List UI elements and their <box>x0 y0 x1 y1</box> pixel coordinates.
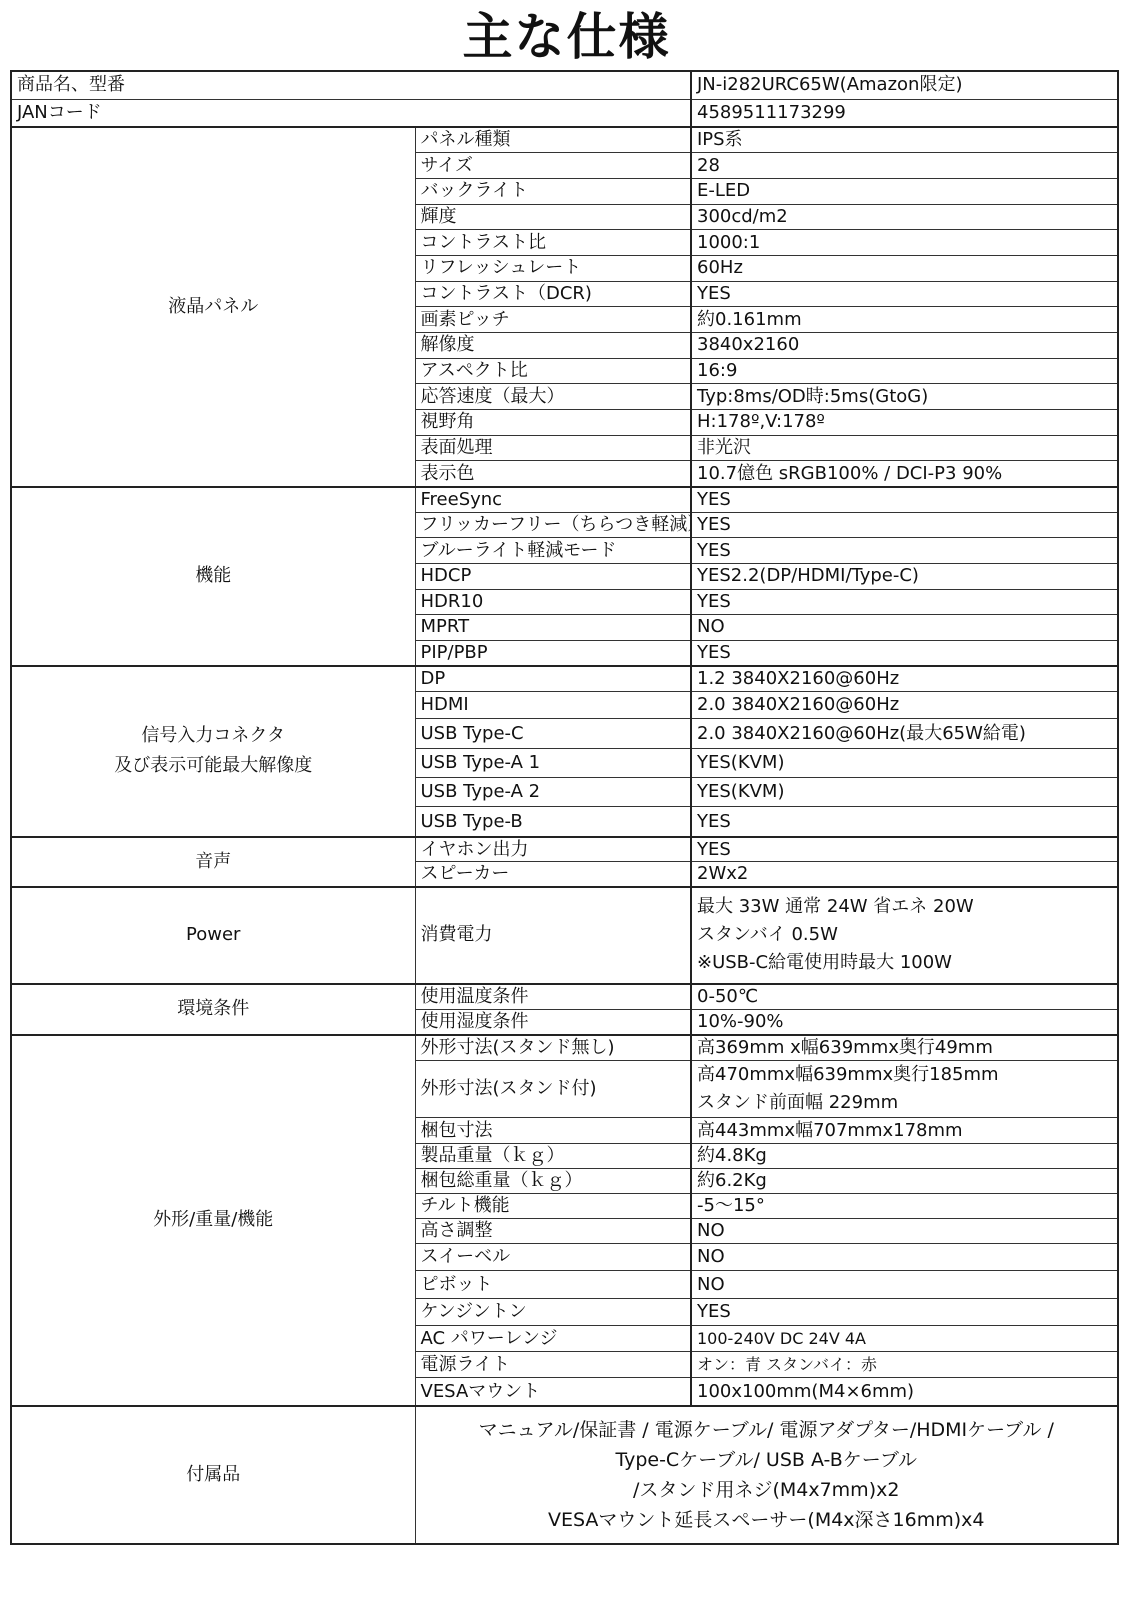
value-line: 最大 33W 通常 24W 省エネ 20W <box>697 893 1117 921</box>
spec-value: H:178º,V:178º <box>691 410 1118 436</box>
spec-label: リフレッシュレート <box>415 255 691 281</box>
jan-code-value: 4589511173299 <box>691 99 1118 127</box>
table-row: 付属品 マニュアル/保証書 / 電源ケーブル/ 電源アダプター/HDMIケーブル… <box>11 1406 1118 1544</box>
table-row: 信号入力コネクタ 及び表示可能最大解像度 DP 1.2 3840X2160@60… <box>11 666 1118 692</box>
accessory-line: Type-Cケーブル/ USB A-Bケーブル <box>416 1445 1118 1475</box>
spec-value: NO <box>691 1244 1118 1271</box>
category-accessories: 付属品 <box>11 1406 415 1544</box>
spec-value: E-LED <box>691 178 1118 204</box>
spec-value: 約0.161mm <box>691 307 1118 333</box>
spec-label: ケンジントン <box>415 1299 691 1326</box>
jan-code-label: JANコード <box>11 99 691 127</box>
value-line: スタンバイ 0.5W <box>697 921 1117 949</box>
spec-label: HDMI <box>415 692 691 719</box>
product-name-label: 商品名、型番 <box>11 71 691 99</box>
spec-label: サイズ <box>415 153 691 179</box>
category-power: Power <box>11 887 415 984</box>
spec-label: DP <box>415 666 691 692</box>
spec-label: USB Type-B <box>415 807 691 837</box>
spec-label: コントラスト（DCR) <box>415 281 691 307</box>
spec-value: YES <box>691 589 1118 615</box>
spec-label: 応答速度（最大） <box>415 384 691 410</box>
spec-value: 300cd/m2 <box>691 204 1118 230</box>
category-line: 信号入力コネクタ <box>12 721 415 751</box>
spec-value: 28 <box>691 153 1118 179</box>
spec-label: 消費電力 <box>415 887 691 984</box>
spec-label: USB Type-C <box>415 719 691 749</box>
value-line: ※USB-C給電使用時最大 100W <box>697 949 1117 977</box>
spec-value: YES <box>691 538 1118 564</box>
table-row: 外形/重量/機能 外形寸法(スタンド無し) 高369mm x幅639mmx奥行4… <box>11 1035 1118 1061</box>
category-line: 及び表示可能最大解像度 <box>12 751 415 781</box>
spec-label: 視野角 <box>415 410 691 436</box>
spec-value: 100x100mm(M4×6mm) <box>691 1378 1118 1406</box>
table-row: 環境条件 使用温度条件 0-50℃ <box>11 984 1118 1010</box>
spec-label: 使用湿度条件 <box>415 1009 691 1035</box>
spec-value: YES <box>691 807 1118 837</box>
spec-label: HDCP <box>415 563 691 589</box>
spec-value: YES(KVM) <box>691 749 1118 778</box>
spec-value: YES <box>691 1299 1118 1326</box>
spec-value: オン：青 スタンバイ：赤 <box>691 1352 1118 1378</box>
spec-label: 梱包総重量（ｋｇ） <box>415 1169 691 1194</box>
table-row: JANコード 4589511173299 <box>11 99 1118 127</box>
spec-label: アスペクト比 <box>415 358 691 384</box>
spec-label: 電源ライト <box>415 1352 691 1378</box>
spec-label: 製品重量（ｋｇ） <box>415 1144 691 1169</box>
spec-label: MPRT <box>415 615 691 641</box>
spec-value: 非光沢 <box>691 435 1118 461</box>
spec-label: 梱包寸法 <box>415 1118 691 1144</box>
spec-label: 表面処理 <box>415 435 691 461</box>
spec-label: USB Type-A 2 <box>415 778 691 807</box>
spec-label: 画素ピッチ <box>415 307 691 333</box>
category-physical: 外形/重量/機能 <box>11 1035 415 1406</box>
value-line: スタンド前面幅 229mm <box>697 1089 1117 1117</box>
spec-label: 表示色 <box>415 461 691 487</box>
spec-value: 約4.8Kg <box>691 1144 1118 1169</box>
table-row: 液晶パネル パネル種類 IPS系 <box>11 127 1118 153</box>
spec-value: YES <box>691 837 1118 862</box>
accessories-list: マニュアル/保証書 / 電源ケーブル/ 電源アダプター/HDMIケーブル / T… <box>415 1406 1118 1544</box>
spec-label: ブルーライト軽減モード <box>415 538 691 564</box>
value-line: 高470mmx幅639mmx奥行185mm <box>697 1061 1117 1089</box>
spec-value: 10.7億色 sRGB100% / DCI-P3 90% <box>691 461 1118 487</box>
spec-label: HDR10 <box>415 589 691 615</box>
accessory-line: マニュアル/保証書 / 電源ケーブル/ 電源アダプター/HDMIケーブル / <box>416 1415 1118 1445</box>
spec-value: YES2.2(DP/HDMI/Type-C) <box>691 563 1118 589</box>
spec-label: 解像度 <box>415 333 691 359</box>
spec-label: 外形寸法(スタンド無し) <box>415 1035 691 1061</box>
spec-value: 高470mmx幅639mmx奥行185mm スタンド前面幅 229mm <box>691 1061 1118 1118</box>
spec-value: Typ:8ms/OD時:5ms(GtoG) <box>691 384 1118 410</box>
spec-label: AC パワーレンジ <box>415 1326 691 1352</box>
spec-value: YES <box>691 640 1118 666</box>
product-name-value: JN-i282URC65W(Amazon限定) <box>691 71 1118 99</box>
spec-label: パネル種類 <box>415 127 691 153</box>
page-title: 主な仕様 <box>0 6 1133 68</box>
spec-label: USB Type-A 1 <box>415 749 691 778</box>
spec-label: フリッカーフリー（ちらつき軽減） <box>415 512 691 538</box>
spec-value: 1000:1 <box>691 230 1118 256</box>
spec-value: 約6.2Kg <box>691 1169 1118 1194</box>
spec-value: 3840x2160 <box>691 333 1118 359</box>
spec-label: 使用温度条件 <box>415 984 691 1010</box>
category-environment: 環境条件 <box>11 984 415 1035</box>
spec-value: 1.2 3840X2160@60Hz <box>691 666 1118 692</box>
spec-label: バックライト <box>415 178 691 204</box>
spec-value: 2.0 3840X2160@60Hz(最大65W給電) <box>691 719 1118 749</box>
table-row: 商品名、型番 JN-i282URC65W(Amazon限定) <box>11 71 1118 99</box>
spec-value: 高369mm x幅639mmx奥行49mm <box>691 1035 1118 1061</box>
spec-label: 外形寸法(スタンド付) <box>415 1061 691 1118</box>
spec-label: PIP/PBP <box>415 640 691 666</box>
category-features: 機能 <box>11 487 415 666</box>
spec-value: 10%-90% <box>691 1009 1118 1035</box>
spec-value: YES <box>691 281 1118 307</box>
spec-value: NO <box>691 1271 1118 1299</box>
spec-value: 高443mmx幅707mmx178mm <box>691 1118 1118 1144</box>
category-lcd-panel: 液晶パネル <box>11 127 415 487</box>
table-row: 音声 イヤホン出力 YES <box>11 837 1118 862</box>
spec-label: スイーベル <box>415 1244 691 1271</box>
spec-label: チルト機能 <box>415 1194 691 1219</box>
spec-label: ピボット <box>415 1271 691 1299</box>
category-connectors: 信号入力コネクタ 及び表示可能最大解像度 <box>11 666 415 837</box>
spec-value: 2.0 3840X2160@60Hz <box>691 692 1118 719</box>
spec-table: 商品名、型番 JN-i282URC65W(Amazon限定) JANコード 45… <box>10 70 1119 1545</box>
spec-value: IPS系 <box>691 127 1118 153</box>
spec-value: 0-50℃ <box>691 984 1118 1010</box>
spec-label: コントラスト比 <box>415 230 691 256</box>
spec-label: FreeSync <box>415 487 691 513</box>
spec-value: 2Wx2 <box>691 862 1118 887</box>
spec-label: VESAマウント <box>415 1378 691 1406</box>
table-row: Power 消費電力 最大 33W 通常 24W 省エネ 20W スタンバイ 0… <box>11 887 1118 984</box>
spec-value: NO <box>691 1219 1118 1244</box>
spec-value: 100-240V DC 24V 4A <box>691 1326 1118 1352</box>
spec-label: 輝度 <box>415 204 691 230</box>
spec-value: YES <box>691 512 1118 538</box>
spec-value: -5～15° <box>691 1194 1118 1219</box>
spec-label: スピーカー <box>415 862 691 887</box>
spec-value: NO <box>691 615 1118 641</box>
accessory-line: /スタンド用ネジ(M4x7mm)x2 <box>416 1475 1118 1505</box>
spec-value: 60Hz <box>691 255 1118 281</box>
spec-label: 高さ調整 <box>415 1219 691 1244</box>
spec-value: YES <box>691 487 1118 513</box>
spec-label: イヤホン出力 <box>415 837 691 862</box>
spec-value: 最大 33W 通常 24W 省エネ 20W スタンバイ 0.5W ※USB-C給… <box>691 887 1118 984</box>
table-row: 機能 FreeSync YES <box>11 487 1118 513</box>
category-audio: 音声 <box>11 837 415 887</box>
spec-value: YES(KVM) <box>691 778 1118 807</box>
accessory-line: VESAマウント延長スペーサー(M4x深さ16mm)x4 <box>416 1505 1118 1535</box>
spec-value: 16:9 <box>691 358 1118 384</box>
